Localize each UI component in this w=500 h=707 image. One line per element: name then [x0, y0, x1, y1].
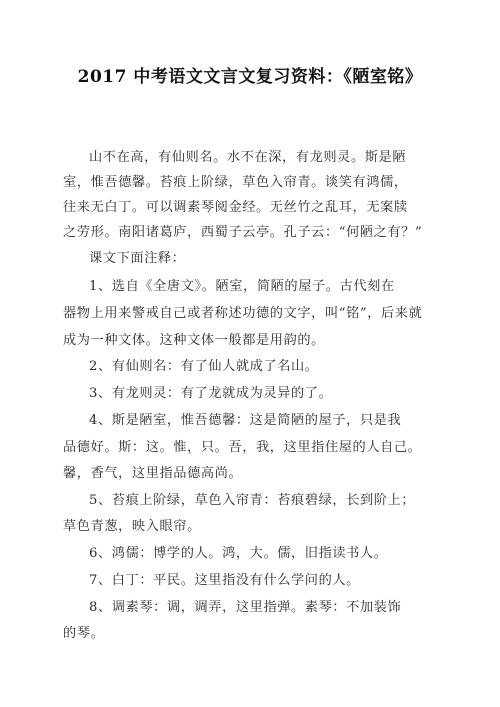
- note-line: 成为一种文体。这种文体一般都是用韵的。: [63, 329, 325, 348]
- document-title: 2017 中考语文文言文复习资料：《陋室铭》: [0, 62, 500, 87]
- note-line: 1、选自《全唐文》。陋室，简陋的屋子。古代刻在: [89, 275, 395, 294]
- note-line: 品德好。斯：这。惟，只。吾，我，这里指住屋的人自己。: [63, 436, 421, 455]
- note-line: 2、有仙则名：有了仙人就成了名山。: [89, 355, 319, 374]
- note-line: 3、有龙则灵：有了龙就成为灵异的了。: [89, 382, 332, 401]
- note-line: 器物上用来警戒自己或者称述功德的文字，叫“铭”，后来就: [63, 302, 422, 321]
- note-line: 4、斯是陋室，惟吾德馨：这是简陋的屋子，只是我: [89, 409, 401, 428]
- note-line: 的琴。: [63, 622, 104, 641]
- note-line: 5、苔痕上阶绿，草色入帘青：苔痕碧绿，长到阶上；: [89, 489, 415, 508]
- text-line: 之劳形。南阳诸葛庐，西蜀子云亭。孔子云：“何陋之有？”: [63, 221, 422, 240]
- note-line: 8、调素琴：调，调弄，这里指弹。素琴：不加装饰: [89, 596, 401, 615]
- notes-heading: 课文下面注释：: [89, 247, 186, 266]
- text-line: 山不在高，有仙则名。水不在深，有龙则灵。斯是陋: [89, 146, 406, 165]
- note-line: 馨，香气，这里指品德高尚。: [63, 462, 242, 481]
- note-line: 6、鸿儒：博学的人。鸿，大。儒，旧指读书人。: [89, 542, 388, 561]
- text-line: 室，惟吾德馨。苔痕上阶绿，草色入帘青。谈笑有鸿儒，: [63, 171, 408, 190]
- text-line: 往来无白丁。可以调素琴阅金经。无丝竹之乱耳，无案牍: [63, 196, 408, 215]
- note-line: 草色青葱，映入眼帘。: [63, 515, 201, 534]
- note-line: 7、白丁：平民。这里指没有什么学问的人。: [89, 569, 360, 588]
